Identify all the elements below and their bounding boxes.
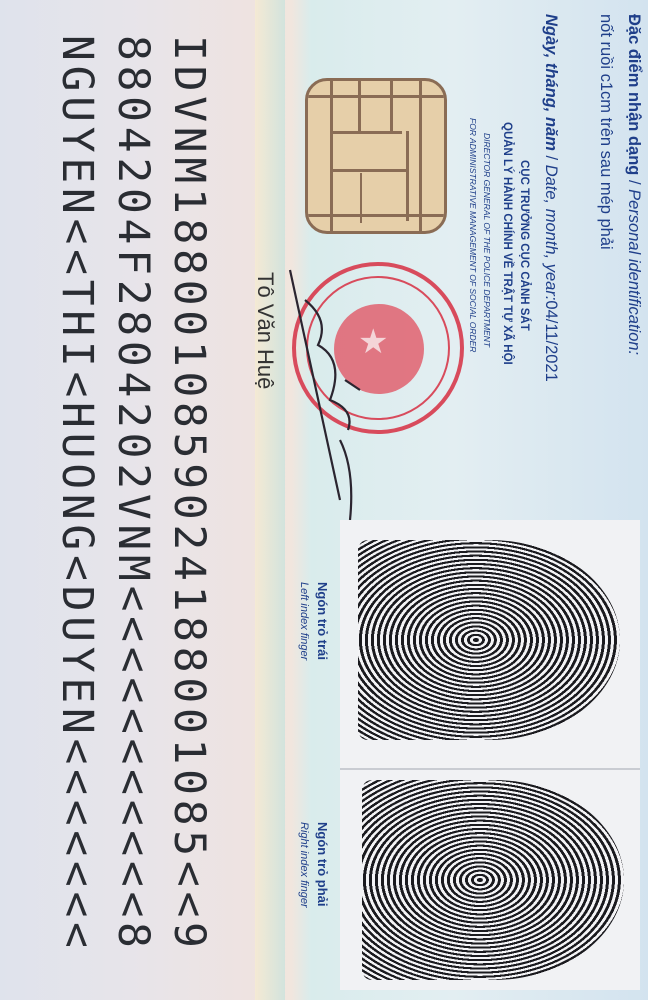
- mrz-line-3: NGUYEN<<THI<HUONG<DUYEN<<<<<<<: [55, 35, 98, 953]
- right-index-fingerprint: [362, 780, 624, 980]
- signer-name: Tô Văn Huệ: [252, 272, 278, 389]
- left-index-fingerprint: [358, 540, 620, 740]
- left-finger-label-vi: Ngón trỏ trái: [315, 582, 330, 660]
- right-finger-label-vi: Ngón trỏ phải: [315, 822, 330, 907]
- id-card-back: Đặc điểm nhận dạng / Personal identifica…: [0, 0, 648, 1000]
- mrz-line-1: IDVNM1880010859024188001085<<9: [167, 35, 210, 953]
- right-finger-label-en: Right index finger: [298, 822, 310, 908]
- mrz-line-2: 8804204F2804202VNM<<<<<<<<<<<8: [111, 35, 154, 953]
- fingerprint-divider: [340, 768, 640, 770]
- left-finger-label-en: Left index finger: [298, 582, 310, 660]
